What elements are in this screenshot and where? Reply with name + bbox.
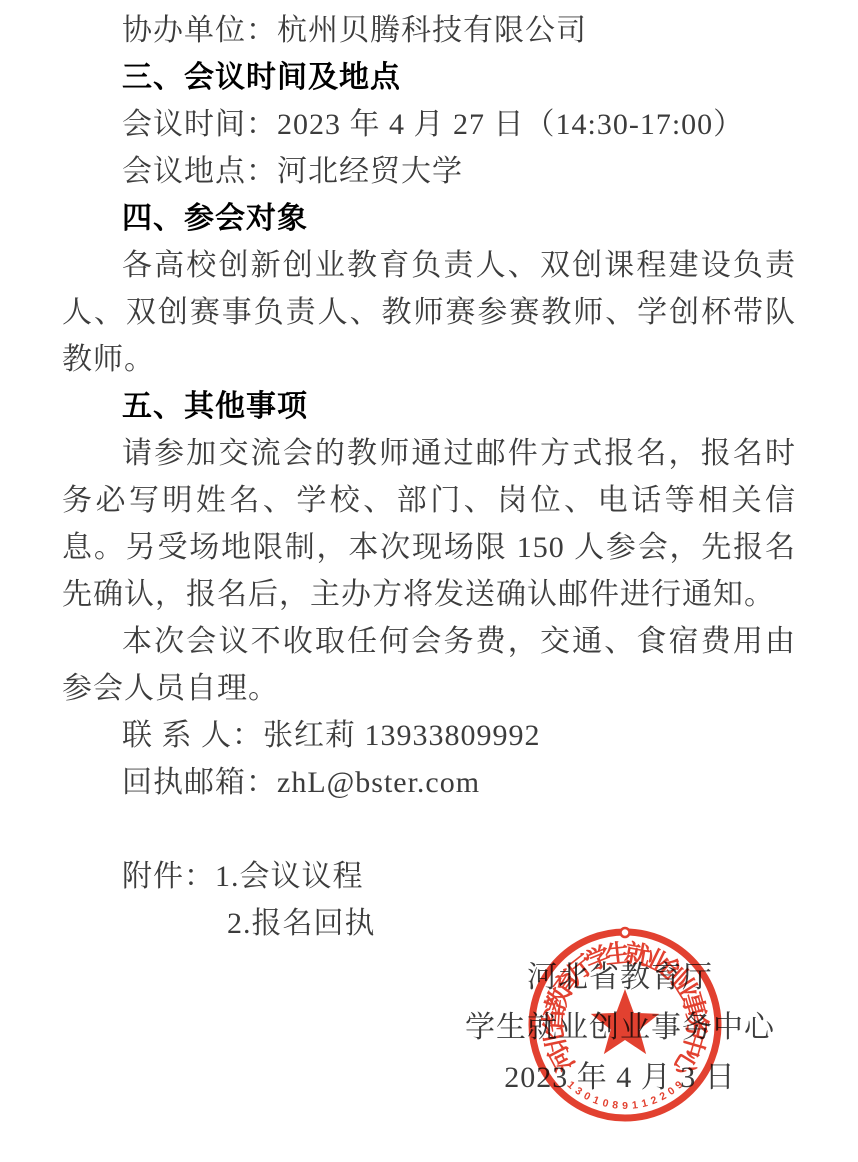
registration-paragraph: 请参加交流会的教师通过邮件方式报名，报名时务必写明姓名、学校、部门、岗位、电话等…: [62, 430, 796, 618]
document-body: 协办单位：杭州贝腾科技有限公司 三、会议时间及地点 会议时间：2023 年 4 …: [0, 0, 858, 947]
meeting-time-line: 会议时间：2023 年 4 月 27 日（14:30-17:00）: [62, 101, 796, 148]
attachment-line-1: 附件：1.会议议程: [62, 853, 796, 900]
meeting-place-line: 会议地点：河北经贸大学: [62, 148, 796, 195]
attachment-line-2: 2.报名回执: [62, 900, 796, 947]
section-heading-time-place: 三、会议时间及地点: [62, 54, 796, 101]
signature-block: 河北省教育厅 学生就业创业事务中心 2023 年 4 月 3 日: [425, 953, 815, 1103]
section-heading-other: 五、其他事项: [62, 383, 796, 430]
signature-org-line1: 河北省教育厅: [425, 953, 815, 1003]
co-organizer-line: 协办单位：杭州贝腾科技有限公司: [62, 7, 796, 54]
email-line: 回执邮箱：zhL@bster.com: [62, 759, 796, 806]
fees-paragraph: 本次会议不收取任何会务费，交通、食宿费用由参会人员自理。: [62, 618, 796, 712]
signature-org-line2: 学生就业创业事务中心: [425, 1003, 815, 1053]
contact-line: 联 系 人：张红莉 13933809992: [62, 712, 796, 759]
signature-date: 2023 年 4 月 3 日: [425, 1053, 815, 1103]
section-heading-participants: 四、参会对象: [62, 195, 796, 242]
participants-paragraph: 各高校创新创业教育负责人、双创课程建设负责人、双创赛事负责人、教师赛参赛教师、学…: [62, 242, 796, 383]
document-page: 协办单位：杭州贝腾科技有限公司 三、会议时间及地点 会议时间：2023 年 4 …: [0, 0, 858, 1162]
blank-line: [62, 806, 796, 853]
